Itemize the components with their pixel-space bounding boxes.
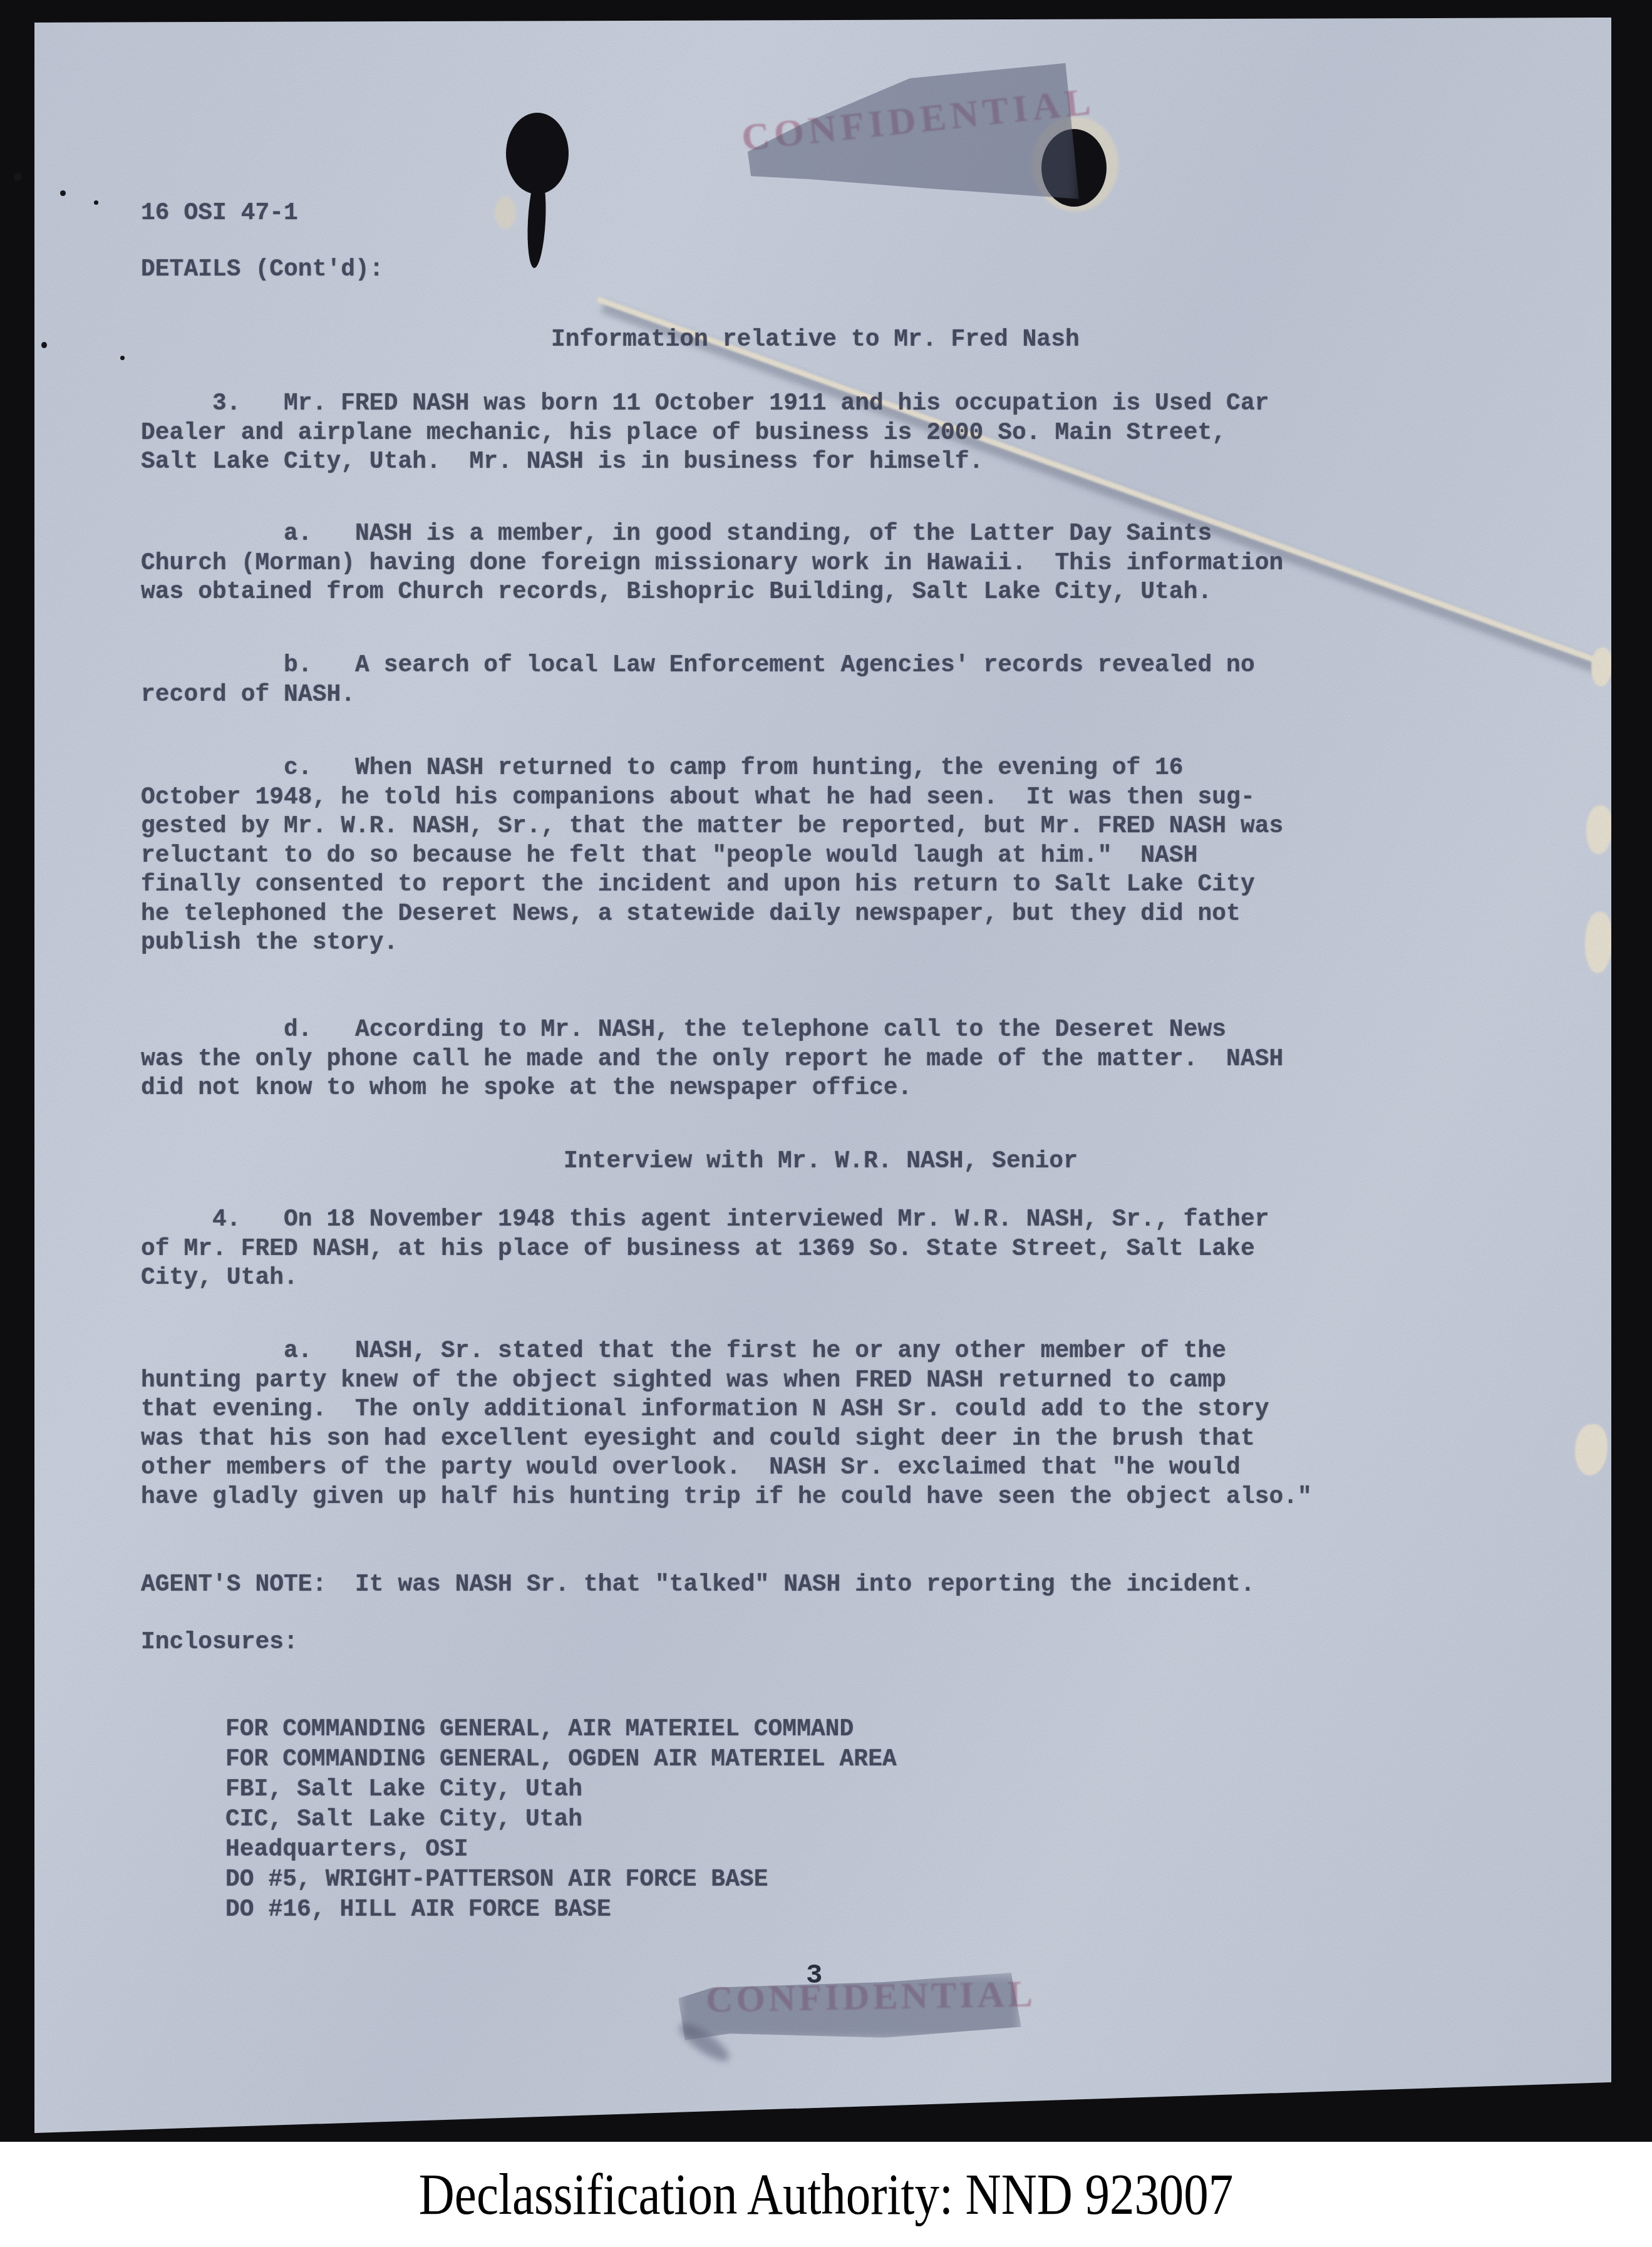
inclosure-item: DO #5, WRIGHT-PATTERSON AIR FORCE BASE xyxy=(225,1865,897,1895)
ink-speck xyxy=(14,173,22,181)
scanned-document: CONFIDENTIAL 16 OSI 47-1 DETAILS (Cont'd… xyxy=(0,0,1652,2247)
stamp-strikethrough-top xyxy=(741,54,1079,207)
paragraph-3d: d. According to Mr. NASH, the telephone … xyxy=(141,1016,1283,1103)
paragraph-3b: b. A search of local Law Enforcement Age… xyxy=(141,651,1255,710)
inclosure-item: Headquarters, OSI xyxy=(225,1835,897,1865)
ink-speck xyxy=(60,190,66,196)
inclosures-list: FOR COMMANDING GENERAL, AIR MATERIEL COM… xyxy=(225,1715,897,1925)
inclosure-item: DO #16, HILL AIR FORCE BASE xyxy=(225,1895,897,1925)
declassification-footer: Declassification Authority: NND 923007 xyxy=(0,2142,1652,2247)
ink-speck xyxy=(41,342,47,348)
paragraph-4: 4. On 18 November 1948 this agent interv… xyxy=(141,1206,1269,1293)
declassification-text: Declassification Authority: NND 923007 xyxy=(419,2161,1233,2228)
inclosure-item: CIC, Salt Lake City, Utah xyxy=(225,1805,897,1835)
paragraph-3a: a. NASH is a member, in good standing, o… xyxy=(141,520,1283,607)
inclosure-item: FOR COMMANDING GENERAL, AIR MATERIEL COM… xyxy=(225,1715,897,1745)
inclosure-item: FBI, Salt Lake City, Utah xyxy=(225,1775,897,1805)
paragraph-3: 3. Mr. FRED NASH was born 11 October 191… xyxy=(141,390,1269,477)
section-heading-fred-nash: Information relative to Mr. Fred Nash xyxy=(551,326,1080,355)
section-heading-interview: Interview with Mr. W.R. NASH, Senior xyxy=(564,1147,1078,1177)
paper-sheet: CONFIDENTIAL 16 OSI 47-1 DETAILS (Cont'd… xyxy=(34,18,1611,2133)
torn-edge-chip xyxy=(1586,805,1613,854)
inclosure-item: FOR COMMANDING GENERAL, OGDEN AIR MATERI… xyxy=(225,1745,897,1775)
ink-speck xyxy=(94,200,98,205)
torn-edge-chip xyxy=(1591,648,1613,686)
inclosures-heading: Inclosures: xyxy=(141,1628,298,1658)
agents-note: AGENT'S NOTE: It was NASH Sr. that "talk… xyxy=(141,1571,1255,1600)
paragraph-3c: c. When NASH returned to camp from hunti… xyxy=(141,754,1283,958)
ink-speck xyxy=(120,356,125,360)
paragraph-4a: a. NASH, Sr. stated that the first he or… xyxy=(141,1337,1312,1512)
report-ref-number: 16 OSI 47-1 xyxy=(141,199,298,229)
torn-edge-chip xyxy=(1585,912,1613,973)
details-heading: DETAILS (Cont'd): xyxy=(141,256,384,285)
torn-edge-chip xyxy=(1575,1424,1608,1475)
hole-halo xyxy=(495,197,516,229)
page-number: 3 xyxy=(806,1960,822,1991)
